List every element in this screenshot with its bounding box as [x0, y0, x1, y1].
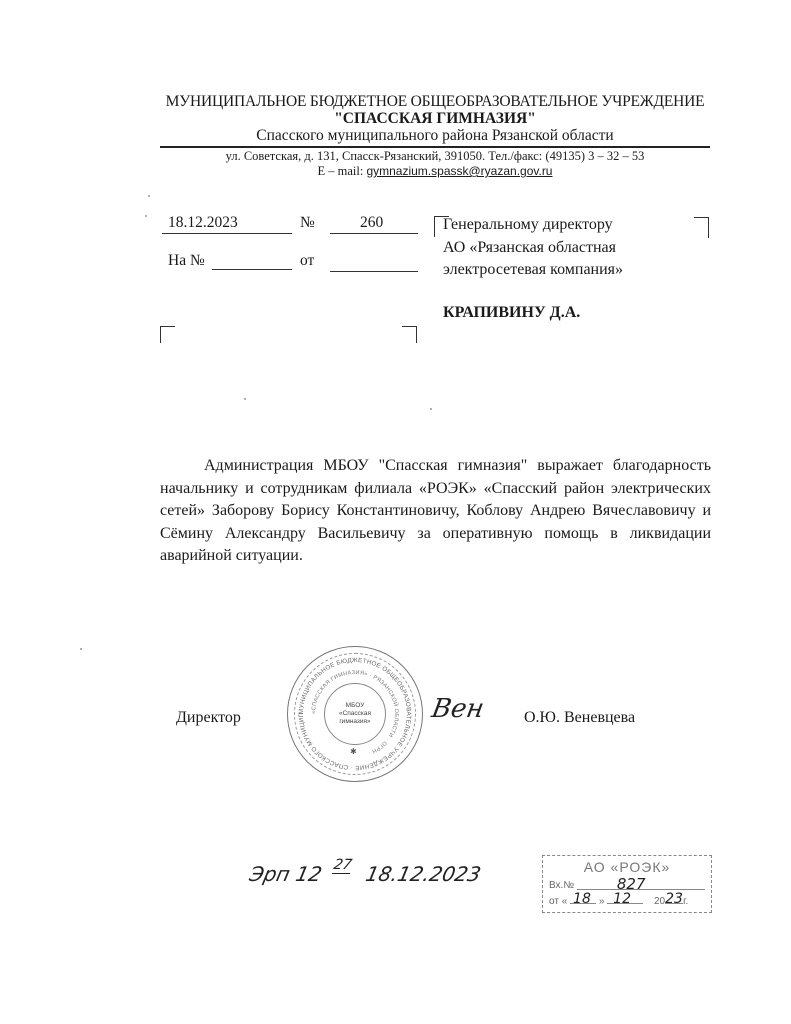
org-email-line: E – mail: gymnazium.spassk@ryazan.gov.ru: [150, 164, 720, 179]
header-divider: [160, 146, 710, 148]
scan-speck: [148, 195, 150, 197]
scan-speck: [145, 215, 147, 217]
signatory-position: Директор: [176, 709, 241, 727]
reference-underline: [212, 269, 292, 270]
body-paragraph: Администрация МБОУ "Спасская гимназия" в…: [160, 455, 711, 568]
stamp-in-number-line: Вх.№ 827: [549, 880, 705, 891]
note-superscript: 27: [332, 857, 353, 874]
seal-center-text: МБОУ «Спасская гимназия»: [324, 702, 386, 726]
scan-speck: [80, 648, 82, 650]
stamp-day: 18: [573, 891, 591, 907]
recipient-title: Генеральному директору: [443, 214, 613, 236]
stamp-year: 23: [665, 891, 683, 907]
date-underline: [162, 233, 292, 234]
scan-speck: [244, 398, 246, 400]
stamp-date-line: от « 18 » 12 20 23 г.: [549, 896, 688, 907]
recipient-name: КРАПИВИНУ Д.А.: [443, 302, 580, 324]
corner-mark-right: [402, 326, 417, 343]
recipient-org-line2: электросетевая компания»: [443, 259, 623, 281]
outgoing-number: 260: [360, 214, 383, 232]
outgoing-date: 18.12.2023: [168, 214, 238, 232]
reference-label: На №: [168, 252, 205, 270]
stamp-org: АО «РОЭК»: [543, 859, 711, 875]
org-name-line: МУНИЦИПАЛЬНОЕ БЮДЖЕТНОЕ ОБЩЕОБРАЗОВАТЕЛЬ…: [150, 93, 720, 111]
from-label: от: [300, 252, 314, 270]
from-underline: [330, 271, 418, 272]
stamp-month: 12: [613, 891, 631, 907]
number-label: №: [300, 214, 315, 232]
email-link[interactable]: gymnazium.spassk@ryazan.gov.ru: [366, 164, 552, 178]
note-date: 18.12.2023: [364, 862, 484, 886]
email-label: E – mail:: [318, 164, 367, 178]
number-underline: [330, 233, 418, 234]
recipient-org-line1: АО «Рязанская областная: [443, 237, 616, 259]
incoming-registration-stamp: АО «РОЭК» Вх.№ 827 от « 18 » 12 20 23 г.: [542, 855, 712, 913]
corner-mark-left: [160, 326, 175, 343]
note-text: Эрп 12: [247, 862, 324, 886]
org-region: Спасского муниципального района Рязанско…: [150, 127, 720, 145]
org-address: ул. Советская, д. 131, Спасск-Рязанский,…: [150, 149, 720, 164]
recipient-corner-right: [694, 217, 709, 238]
seal-star-icon: ✱: [350, 747, 357, 756]
org-short-name: "СПАССКАЯ ГИМНАЗИЯ": [150, 110, 720, 128]
signatory-name: О.Ю. Веневцева: [524, 709, 635, 727]
official-seal: МУНИЦИПАЛЬНОЕ БЮДЖЕТНОЕ ОБЩЕОБРАЗОВАТЕЛЬ…: [287, 646, 423, 782]
handwritten-note: Эрп 12 27 18.12.2023: [247, 862, 483, 886]
scan-speck: [430, 408, 432, 410]
letter-body: Администрация МБОУ "Спасская гимназия" в…: [160, 455, 711, 568]
handwritten-signature: Вен: [429, 694, 486, 724]
